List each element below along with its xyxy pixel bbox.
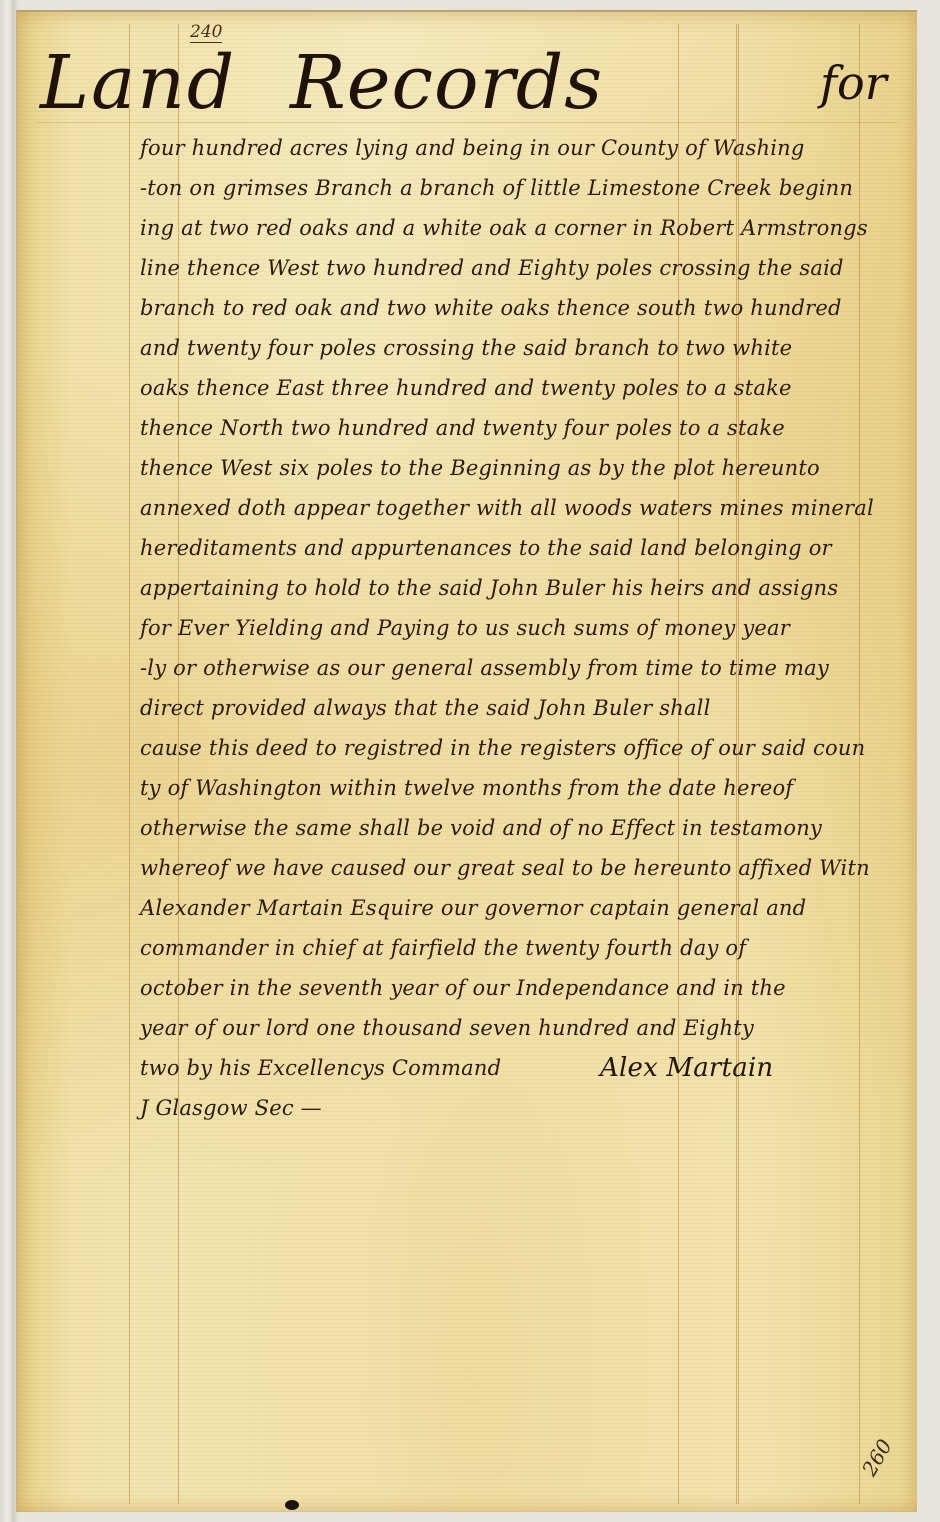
text-line-with-signature: two by his Excellencys Command Alex Mart…	[140, 1048, 940, 1088]
text-line: hereditaments and appurtenances to the s…	[140, 528, 940, 568]
secretary-signature: J Glasgow Sec —	[140, 1088, 940, 1128]
governor-signature: Alex Martain	[600, 1048, 773, 1088]
text-line: appertaining to hold to the said John Bu…	[140, 568, 940, 608]
text-line: direct provided always that the said Joh…	[140, 688, 940, 728]
title-for: for	[820, 56, 887, 110]
text-line: commander in chief at fairfield the twen…	[140, 928, 940, 968]
text-line: annexed doth appear together with all wo…	[140, 488, 940, 528]
ink-blot	[285, 1500, 299, 1510]
text-line: for Ever Yielding and Paying to us such …	[140, 608, 940, 648]
text-line: branch to red oak and two white oaks the…	[140, 288, 940, 328]
title-records: Records	[290, 40, 603, 126]
text-line: whereof we have caused our great seal to…	[140, 848, 940, 888]
text-line: otherwise the same shall be void and of …	[140, 808, 940, 848]
text-line: october in the seventh year of our Indep…	[140, 968, 940, 1008]
text-line: Alexander Martain Esquire our governor c…	[140, 888, 940, 928]
text-line: ty of Washington within twelve months fr…	[140, 768, 940, 808]
page-number-top: 240	[190, 22, 222, 43]
text-line: ing at two red oaks and a white oak a co…	[140, 208, 940, 248]
text-line: thence West six poles to the Beginning a…	[140, 448, 940, 488]
text-line: line thence West two hundred and Eighty …	[140, 248, 940, 288]
text-line: two by his Excellencys Command	[140, 1056, 501, 1080]
text-line: thence North two hundred and twenty four…	[140, 408, 940, 448]
text-line: oaks thence East three hundred and twent…	[140, 368, 940, 408]
text-line: cause this deed to registred in the regi…	[140, 728, 940, 768]
text-line: and twenty four poles crossing the said …	[140, 328, 940, 368]
text-line: year of our lord one thousand seven hund…	[140, 1008, 940, 1048]
page-title: Land Records for	[0, 30, 940, 130]
text-line: four hundred acres lying and being in ou…	[140, 128, 940, 168]
margin-rule	[129, 24, 130, 1504]
deed-text: four hundred acres lying and being in ou…	[140, 128, 940, 1128]
title-land: Land	[40, 40, 236, 126]
text-line: -ly or otherwise as our general assembly…	[140, 648, 940, 688]
text-line: -ton on grimses Branch a branch of littl…	[140, 168, 940, 208]
